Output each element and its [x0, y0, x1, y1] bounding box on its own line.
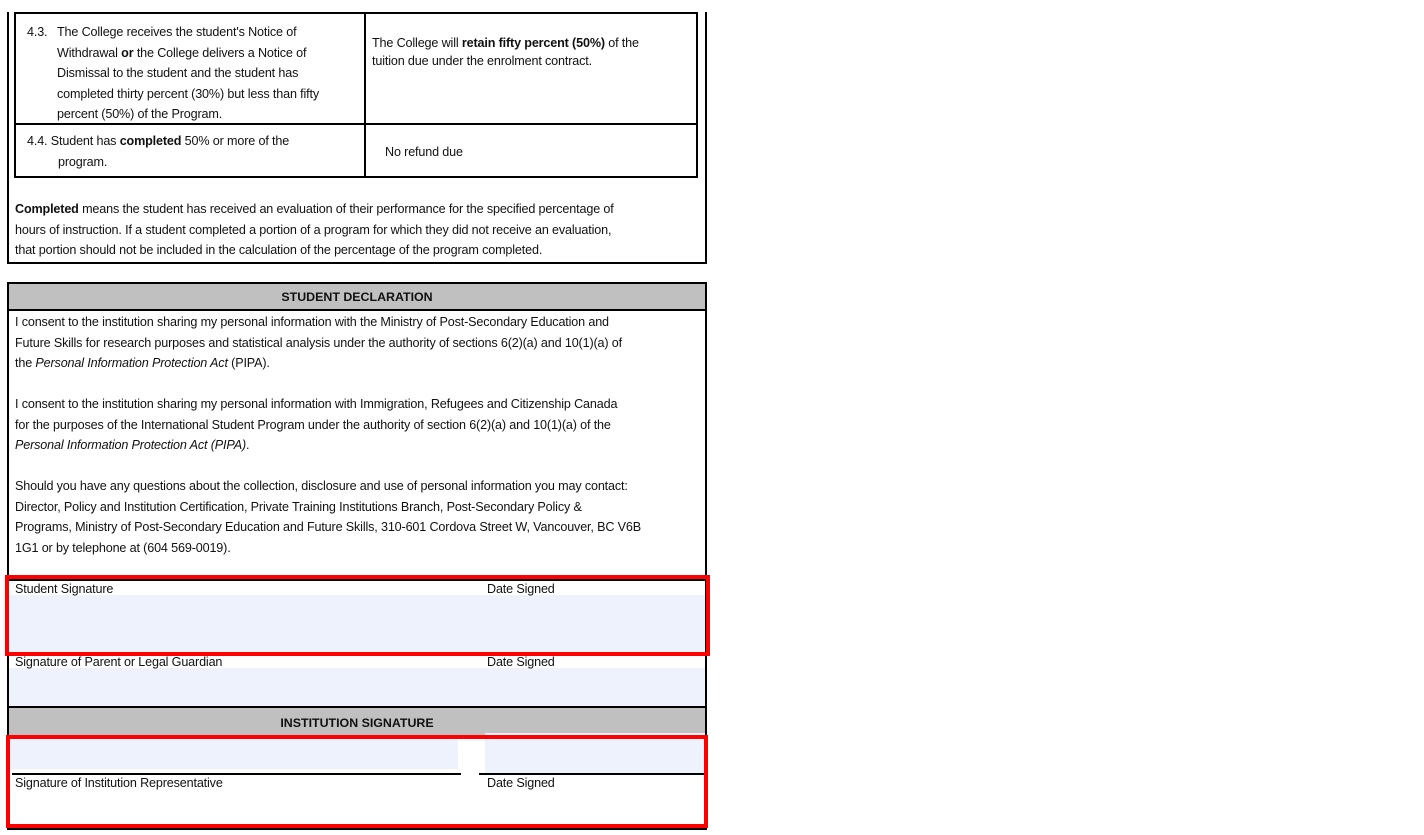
highlight-student-signature	[5, 575, 710, 656]
completed-definition: Completed means the student has received…	[15, 199, 614, 261]
condition-line: Dismissal to the student and the student…	[57, 63, 319, 84]
refund-condition-4-4: 4.4. Student has completed 50% or more o…	[14, 123, 366, 178]
condition-line: completed thirty percent (30%) but less …	[57, 84, 319, 105]
highlight-institution-signature	[6, 735, 708, 828]
row-number: 4.4.	[27, 134, 47, 148]
consent-ministry: I consent to the institution sharing my …	[15, 312, 622, 374]
consent-ircc: I consent to the institution sharing my …	[15, 394, 617, 456]
guardian-signature-field[interactable]	[9, 668, 705, 707]
condition-line: Withdrawal or the College delivers a Not…	[57, 43, 319, 64]
student-declaration-heading: STUDENT DECLARATION	[9, 284, 705, 311]
privacy-contact: Should you have any questions about the …	[15, 476, 641, 558]
row-number: 4.3.	[27, 22, 47, 43]
refund-condition-4-3: 4.3. The College receives the student's …	[14, 12, 366, 125]
refund-outcome-4-3: The College will retain fifty percent (5…	[364, 12, 698, 125]
condition-line: The College receives the student's Notic…	[57, 22, 319, 43]
condition-line: percent (50%) of the Program.	[57, 104, 319, 125]
refund-outcome-4-4: No refund due	[364, 123, 698, 178]
